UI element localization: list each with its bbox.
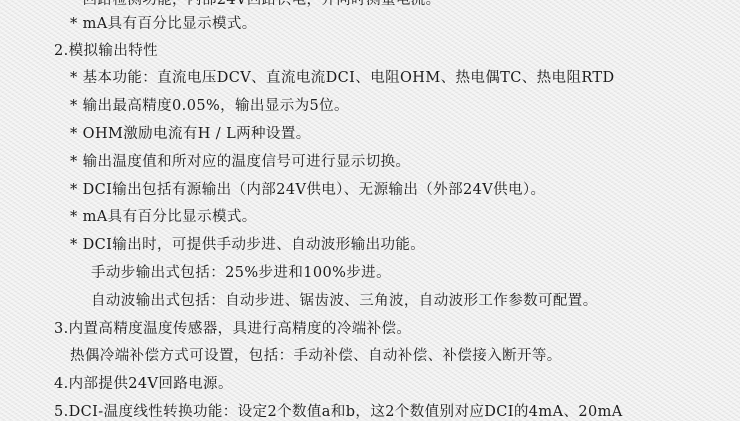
heading-analog-output: 2.模拟输出特性 xyxy=(54,42,158,60)
heading-temperature-sensor: 3.内置高精度温度传感器，具进行高精度的冷端补偿。 xyxy=(54,320,411,338)
heading-dci-temperature-conversion: 5.DCI-温度线性转换功能：设定2个数值a和b，这2个数值别对应DCI的4mA… xyxy=(54,403,623,421)
line-ma-percent-input: * mA具有百分比显示模式。 xyxy=(70,15,257,33)
line-basic-functions: * 基本功能：直流电压DCV、直流电流DCI、电阻OHM、热电偶TC、热电阻RT… xyxy=(70,69,615,87)
spec-document: * 回路检测功能，内部24V回路供电，并同时测量电流。 * mA具有百分比显示模… xyxy=(0,0,740,421)
line-dci-output-sources: * DCI输出包括有源输出（内部24V供电）、无源输出（外部24V供电）。 xyxy=(70,181,545,199)
line-auto-wave: 自动波输出式包括：自动步进、锯齿波、三角波，自动波形工作参数可配置。 xyxy=(91,292,598,310)
line-dci-stepping: * DCI输出时，可提供手动步进、自动波形输出功能。 xyxy=(70,236,425,254)
line-temperature-display: * 输出温度值和所对应的温度信号可进行显示切换。 xyxy=(70,153,410,171)
line-output-precision: * 输出最高精度0.05%，输出显示为5位。 xyxy=(70,97,349,115)
line-ohm-excitation: * OHM激励电流有H / L两种设置。 xyxy=(70,125,311,143)
heading-24v-supply: 4.内部提供24V回路电源。 xyxy=(54,375,233,393)
line-ma-percent-output: * mA具有百分比显示模式。 xyxy=(70,208,257,226)
line-loop-detection: * 回路检测功能，内部24V回路供电，并同时测量电流。 xyxy=(70,0,441,9)
line-manual-step: 手动步输出式包括：25%步进和100%步进。 xyxy=(91,264,391,282)
line-cold-junction: 热偶冷端补偿方式可设置，包括：手动补偿、自动补偿、补偿接入断开等。 xyxy=(70,347,562,365)
